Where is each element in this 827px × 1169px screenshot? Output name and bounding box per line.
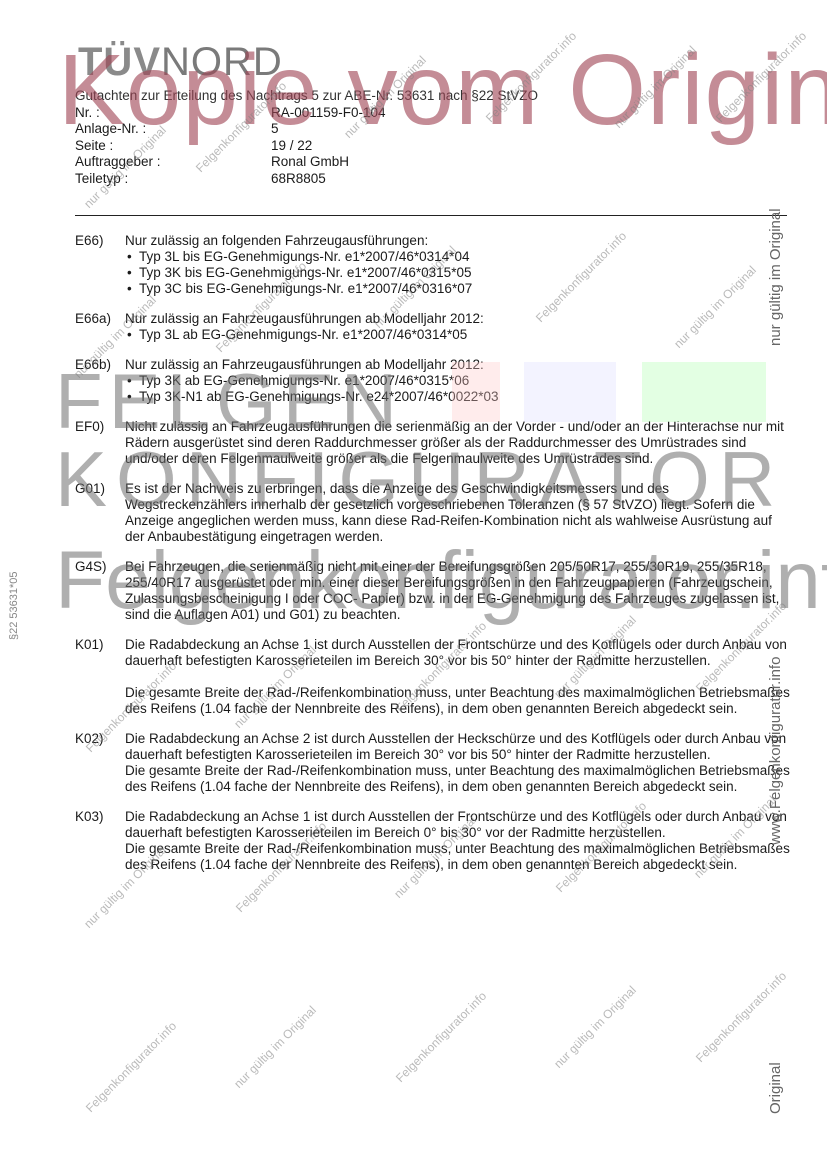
condition-item: G4S)Bei Fahrzeugen, die serienmäßig nich…: [75, 559, 790, 623]
vehicle-type-list: Typ 3K ab EG-Genehmigungs-Nr. e1*2007/46…: [125, 373, 790, 405]
header-field: Teiletyp :68R8805: [75, 171, 538, 188]
condition-item: K01)Die Radabdeckung an Achse 1 ist durc…: [75, 637, 790, 717]
condition-paragraph: Die Radabdeckung an Achse 1 ist durch Au…: [125, 809, 790, 841]
field-label: Anlage-Nr. :: [75, 121, 271, 138]
logo-nord: NORD: [161, 40, 283, 84]
side-stamp-right-3: Original: [767, 1062, 784, 1114]
condition-code: G01): [75, 481, 125, 545]
condition-body: Es ist der Nachweis zu erbringen, dass d…: [125, 481, 790, 545]
condition-body: Die Radabdeckung an Achse 1 ist durch Au…: [125, 637, 790, 717]
header-field: Seite :19 / 22: [75, 138, 538, 155]
vehicle-type-list: Typ 3L ab EG-Genehmigungs-Nr. e1*2007/46…: [125, 327, 790, 343]
field-label: Teiletyp :: [75, 171, 271, 188]
conditions-list: E66)Nur zulässig an folgenden Fahrzeugau…: [75, 233, 790, 887]
field-value: 19 / 22: [271, 138, 312, 155]
field-label: Nr. :: [75, 105, 271, 122]
condition-code: E66): [75, 233, 125, 297]
header-divider: [75, 215, 787, 216]
condition-item: K03)Die Radabdeckung an Achse 1 ist durc…: [75, 809, 790, 873]
field-value: 68R8805: [271, 171, 326, 188]
logo-tuv: TÜV: [78, 40, 161, 84]
header-field: Nr. :RA-001159-F0-104: [75, 105, 538, 122]
vehicle-type-item: Typ 3K bis EG-Genehmigungs-Nr. e1*2007/4…: [125, 265, 790, 281]
condition-body: Nur zulässig an Fahrzeugausführungen ab …: [125, 357, 790, 405]
vehicle-type-item: Typ 3K ab EG-Genehmigungs-Nr. e1*2007/46…: [125, 373, 790, 389]
tuev-nord-logo: TÜVNORD: [78, 42, 283, 82]
condition-code: K03): [75, 809, 125, 873]
field-label: Seite :: [75, 138, 271, 155]
watermark-diagonal: nur gültig im Original: [551, 983, 639, 1071]
side-stamp-left: §22 53631*05: [8, 571, 20, 640]
watermark-diagonal: Felgenkonfigurator.info: [393, 989, 489, 1085]
vehicle-type-item: Typ 3L ab EG-Genehmigungs-Nr. e1*2007/46…: [125, 327, 790, 343]
field-label: Auftraggeber :: [75, 154, 271, 171]
side-stamp-right-2: www.Felgenkonfigurator.info: [767, 657, 784, 845]
condition-paragraph: Die gesamte Breite der Rad-/Reifenkombin…: [125, 763, 790, 795]
condition-body: Nur zulässig an Fahrzeugausführungen ab …: [125, 311, 790, 343]
condition-paragraph: Die Radabdeckung an Achse 2 ist durch Au…: [125, 731, 790, 763]
condition-item: K02)Die Radabdeckung an Achse 2 ist durc…: [75, 731, 790, 795]
document-title: Gutachten zur Erteilung des Nachtrags 5 …: [75, 88, 538, 105]
condition-item: G01)Es ist der Nachweis zu erbringen, da…: [75, 481, 790, 545]
condition-body: Bei Fahrzeugen, die serienmäßig nicht mi…: [125, 559, 790, 623]
vehicle-type-item: Typ 3K-N1 ab EG-Genehmigungs-Nr. e24*200…: [125, 389, 790, 405]
condition-code: K02): [75, 731, 125, 795]
field-value: RA-001159-F0-104: [271, 105, 386, 122]
vehicle-type-item: Typ 3C bis EG-Genehmigungs-Nr. e1*2007/4…: [125, 281, 790, 297]
condition-paragraph: Die Radabdeckung an Achse 1 ist durch Au…: [125, 637, 790, 669]
condition-paragraph: Bei Fahrzeugen, die serienmäßig nicht mi…: [125, 559, 790, 623]
watermark-diagonal: Felgenkonfigurator.info: [713, 29, 809, 125]
watermark-diagonal: nur gültig im Original: [611, 43, 699, 131]
header-field: Auftraggeber :Ronal GmbH: [75, 154, 538, 171]
condition-body: Nur zulässig an folgenden Fahrzeugausfüh…: [125, 233, 790, 297]
vehicle-type-item: Typ 3L bis EG-Genehmigungs-Nr. e1*2007/4…: [125, 249, 790, 265]
condition-item: E66b)Nur zulässig an Fahrzeugausführunge…: [75, 357, 790, 405]
condition-code: EF0): [75, 419, 125, 467]
condition-item: EF0)Nicht zulässig an Fahrzeugausführung…: [75, 419, 790, 467]
condition-paragraph: Es ist der Nachweis zu erbringen, dass d…: [125, 481, 790, 545]
condition-body: Die Radabdeckung an Achse 1 ist durch Au…: [125, 809, 790, 873]
field-value: Ronal GmbH: [271, 154, 349, 171]
document-header: Gutachten zur Erteilung des Nachtrags 5 …: [75, 88, 538, 187]
condition-paragraph: Die gesamte Breite der Rad-/Reifenkombin…: [125, 685, 790, 717]
watermark-diagonal: Felgenkonfigurator.info: [693, 969, 789, 1065]
watermark-diagonal: nur gültig im Original: [231, 1003, 319, 1091]
condition-code: E66a): [75, 311, 125, 343]
condition-code: E66b): [75, 357, 125, 405]
header-field: Anlage-Nr. :5: [75, 121, 538, 138]
condition-item: E66a)Nur zulässig an Fahrzeugausführunge…: [75, 311, 790, 343]
side-stamp-right-1: nur gültig im Original: [767, 208, 784, 346]
condition-code: K01): [75, 637, 125, 717]
condition-text: Nur zulässig an Fahrzeugausführungen ab …: [125, 311, 790, 327]
condition-body: Nicht zulässig an Fahrzeugausführungen d…: [125, 419, 790, 467]
condition-paragraph: Nicht zulässig an Fahrzeugausführungen d…: [125, 419, 790, 467]
condition-item: E66)Nur zulässig an folgenden Fahrzeugau…: [75, 233, 790, 297]
condition-body: Die Radabdeckung an Achse 2 ist durch Au…: [125, 731, 790, 795]
watermark-diagonal: Felgenkonfigurator.info: [83, 1019, 179, 1115]
condition-text: Nur zulässig an folgenden Fahrzeugausfüh…: [125, 233, 790, 249]
condition-paragraph: Die gesamte Breite der Rad-/Reifenkombin…: [125, 841, 790, 873]
vehicle-type-list: Typ 3L bis EG-Genehmigungs-Nr. e1*2007/4…: [125, 249, 790, 297]
field-value: 5: [271, 121, 279, 138]
condition-text: Nur zulässig an Fahrzeugausführungen ab …: [125, 357, 790, 373]
condition-code: G4S): [75, 559, 125, 623]
